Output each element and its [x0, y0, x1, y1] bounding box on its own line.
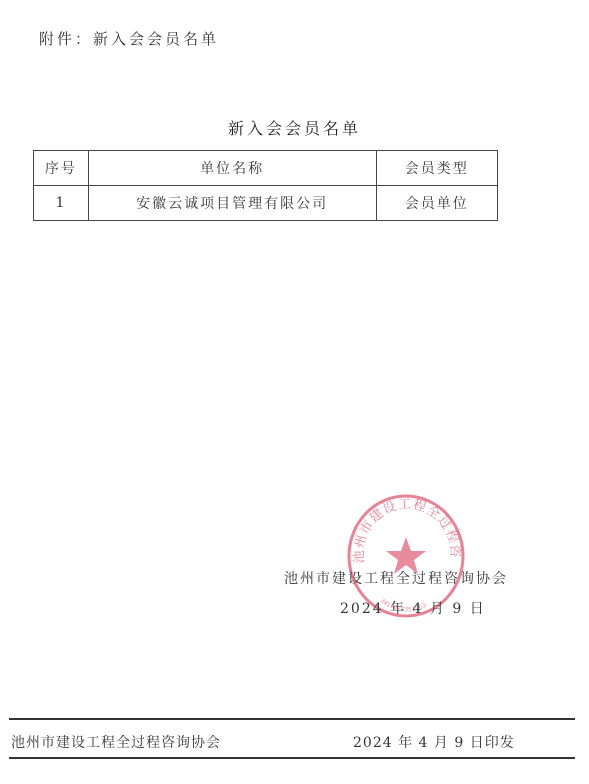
header-index: 序号: [34, 151, 89, 186]
cell-index: 1: [34, 186, 89, 221]
table-header-row: 序号 单位名称 会员类型: [34, 151, 498, 186]
footer-top-rule: [9, 718, 575, 720]
signature-organization: 池州市建设工程全过程咨询协会: [284, 568, 508, 588]
footer-bottom-rule: [9, 757, 575, 759]
header-member-type: 会员类型: [376, 151, 498, 186]
cell-unit-name: 安徽云诚项目管理有限公司: [88, 186, 376, 221]
document-title: 新入会会员名单: [0, 116, 589, 139]
table-row: 1 安徽云诚项目管理有限公司 会员单位: [34, 186, 498, 221]
signature-date: 2024 年 4 月 9 日: [340, 598, 486, 618]
member-table: 序号 单位名称 会员类型 1 安徽云诚项目管理有限公司 会员单位: [33, 150, 498, 221]
header-unit-name: 单位名称: [88, 151, 376, 186]
footer-organization: 池州市建设工程全过程咨询协会: [11, 732, 221, 752]
cell-member-type: 会员单位: [376, 186, 498, 221]
attachment-label: 附件：新入会会员名单: [39, 28, 219, 49]
footer-issued-date: 2024 年 4 月 9 日印发: [353, 732, 515, 752]
